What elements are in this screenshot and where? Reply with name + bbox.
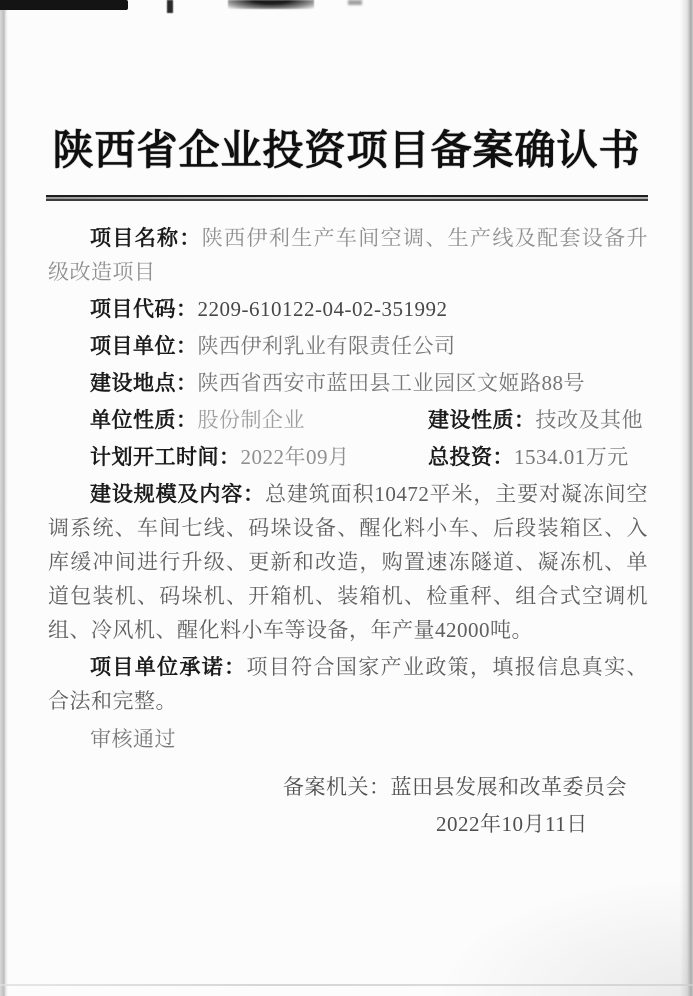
scan-edge-left <box>0 0 8 996</box>
scan-artifact-smudge <box>228 0 314 9</box>
field-location: 建设地点：陕西省西安市蓝田县工业园区文姬路88号 <box>48 366 648 400</box>
scan-artifact-dot <box>348 0 362 5</box>
commitment-label: 项目单位承诺： <box>90 655 246 679</box>
field-project-name: 项目名称：陕西伊利生产车间空调、生产线及配套设备升级改造项目 <box>48 221 648 289</box>
document-page: 陕西省企业投资项目备案确认书 项目名称：陕西伊利生产车间空调、生产线及配套设备升… <box>0 0 693 996</box>
field-project-code: 项目代码：2209-610122-04-02-351992 <box>48 292 648 326</box>
scan-edge-right <box>680 0 693 996</box>
total-investment-value: 1534.01万元 <box>514 445 629 469</box>
field-scale-content: 建设规模及内容：总建筑面积10472平米，主要对凝冻间空调系统、车间七线、码垛设… <box>48 477 648 647</box>
construction-nature-value: 技改及其他 <box>536 408 644 432</box>
construction-nature-label: 建设性质： <box>428 408 536 432</box>
unit-nature-value: 股份制企业 <box>198 408 306 432</box>
field-total-investment: 总投资：1534.01万元 <box>428 440 648 474</box>
scale-content-label: 建设规模及内容： <box>90 482 265 506</box>
project-code-label: 项目代码： <box>90 297 198 321</box>
field-project-unit: 项目单位：陕西伊利乳业有限责任公司 <box>48 329 648 363</box>
field-planned-start: 计划开工时间：2022年09月 <box>48 440 428 474</box>
row-schedule-investment: 计划开工时间：2022年09月 总投资：1534.01万元 <box>48 437 648 474</box>
document-body: 项目名称：陕西伊利生产车间空调、生产线及配套设备升级改造项目 项目代码：2209… <box>48 221 648 841</box>
unit-nature-label: 单位性质： <box>90 408 198 432</box>
scanned-document-photo: 陕西省企业投资项目备案确认书 项目名称：陕西伊利生产车间空调、生产线及配套设备升… <box>0 0 693 996</box>
scan-artifact-top-left-bar <box>0 0 128 10</box>
field-commitment: 项目单位承诺：项目符合国家产业政策，填报信息真实、合法和完整。 <box>48 650 648 718</box>
planned-start-value: 2022年09月 <box>241 445 350 469</box>
scan-artifact-tick <box>167 0 173 13</box>
project-code-value: 2209-610122-04-02-351992 <box>198 297 448 321</box>
project-name-label: 项目名称： <box>90 226 202 250</box>
title-divider-rule <box>46 195 648 201</box>
project-unit-label: 项目单位： <box>90 334 198 358</box>
row-nature: 单位性质：股份制企业 建设性质：技改及其他 <box>48 400 648 437</box>
filing-authority-line: 备案机关：蓝田县发展和改革委员会 <box>283 770 648 804</box>
field-construction-nature: 建设性质：技改及其他 <box>428 403 648 437</box>
planned-start-label: 计划开工时间： <box>90 445 241 469</box>
filing-authority-name: 蓝田县发展和改革委员会 <box>391 775 628 799</box>
filing-block: 备案机关：蓝田县发展和改革委员会 2022年10月11日 <box>48 770 648 841</box>
project-unit-value: 陕西伊利乳业有限责任公司 <box>198 334 456 358</box>
scan-corner-shade <box>433 876 693 996</box>
document-title: 陕西省企业投资项目备案确认书 <box>20 118 673 182</box>
field-unit-nature: 单位性质：股份制企业 <box>48 403 428 437</box>
location-label: 建设地点： <box>90 371 198 395</box>
scale-content-value: 总建筑面积10472平米，主要对凝冻间空调系统、车间七线、码垛设备、醒化料小车、… <box>48 482 648 642</box>
filing-authority-label: 备案机关： <box>283 775 391 799</box>
review-status: 审核通过 <box>48 722 648 756</box>
filing-date: 2022年10月11日 <box>436 807 648 841</box>
location-value: 陕西省西安市蓝田县工业园区文姬路88号 <box>198 371 586 395</box>
total-investment-label: 总投资： <box>428 445 514 469</box>
